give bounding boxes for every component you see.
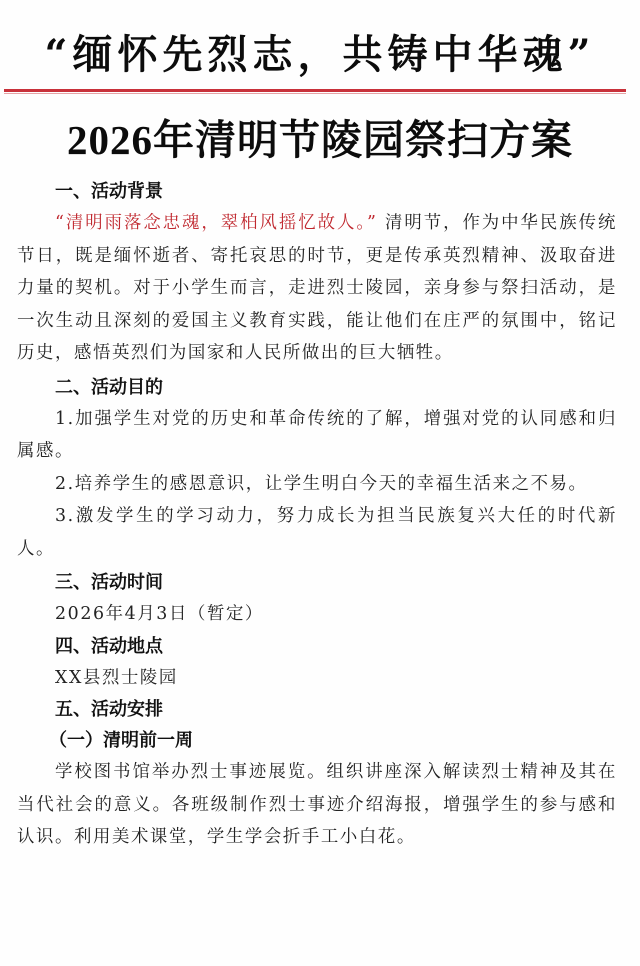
red-divider-line xyxy=(4,89,626,92)
poem-quote: “清明雨落念忠魂，翠柏风摇忆故人。” xyxy=(55,213,377,233)
purpose-item-2: 2.培养学生的感恩意识，让学生明白今天的幸福生活来之不易。 xyxy=(17,468,617,501)
section-heading-arrangement: 五、活动安排 xyxy=(17,694,617,725)
purpose-item-3: 3.激发学生的学习动力，努力成长为担当民族复兴大任的时代新人。 xyxy=(17,500,617,565)
red-divider-line-thin xyxy=(4,93,626,94)
background-text: 清明节，作为中华民族传统节日，既是缅怀逝者、寄托哀思的时节，更是传承英烈精神、汲… xyxy=(17,213,617,363)
activity-location: XX县烈士陵园 xyxy=(17,662,617,695)
purpose-item-1: 1.加强学生对党的历史和革命传统的了解，增强对党的认同感和归属感。 xyxy=(17,403,617,468)
activity-date: 2026年4月3日（暂定） xyxy=(17,598,617,631)
week-before-paragraph: 学校图书馆举办烈士事迹展览。组织讲座深入解读烈士精神及其在当代社会的意义。各班级… xyxy=(17,756,617,854)
section-heading-time: 三、活动时间 xyxy=(17,567,617,598)
document-page: “缅怀先烈志，共铸中华魂” 2026年清明节陵园祭扫方案 一、活动背景 “清明雨… xyxy=(0,0,640,966)
document-body: 一、活动背景 “清明雨落念忠魂，翠柏风摇忆故人。” 清明节，作为中华民族传统节日… xyxy=(17,176,617,854)
section-heading-background: 一、活动背景 xyxy=(17,176,617,207)
section-heading-purpose: 二、活动目的 xyxy=(17,372,617,403)
document-title: 2026年清明节陵园祭扫方案 xyxy=(0,112,640,168)
section-heading-location: 四、活动地点 xyxy=(17,631,617,662)
subsection-heading-week-before: （一）清明前一周 xyxy=(17,725,617,756)
headline-slogan: “缅怀先烈志，共铸中华魂” xyxy=(0,30,640,80)
background-paragraph: “清明雨落念忠魂，翠柏风摇忆故人。” 清明节，作为中华民族传统节日，既是缅怀逝者… xyxy=(17,207,617,370)
